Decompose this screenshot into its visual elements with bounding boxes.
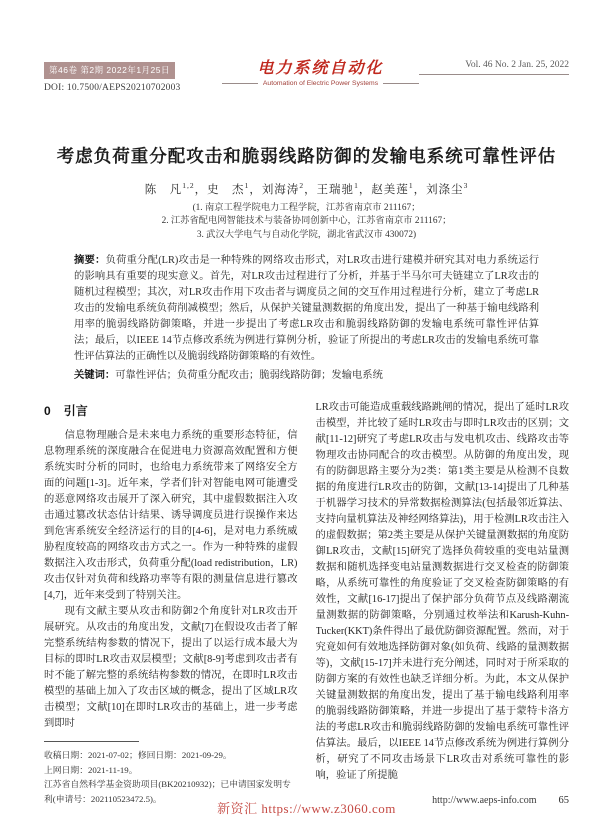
header-left: 第46卷 第2期 2022年1月25日 DOI: 10.7500/AEPS202… (44, 60, 222, 93)
footnote-line: 收稿日期：2021-07-02；修回日期：2021-09-29。 (44, 748, 298, 763)
keywords-text: 可靠性评估；负荷重分配攻击；脆弱线路防御；发输电系统 (115, 370, 383, 381)
section-heading: 0引言 (44, 402, 298, 419)
author: 赵美莲1 (371, 184, 413, 196)
abstract: 摘要：负荷重分配(LR)攻击是一种特殊的网络攻击形式，对LR攻击进行建模并研究其… (74, 253, 539, 365)
paper-page: 第46卷 第2期 2022年1月25日 DOI: 10.7500/AEPS202… (0, 0, 613, 825)
right-column: LR攻击可能造成重载线路跳闸的情况，提出了延时LR攻击模型，并比较了延时LR攻击… (316, 400, 570, 806)
body-columns: 0引言 信息物理融合是未来电力系统的重要形态特征，信息物理系统的深度融合在促进电… (44, 400, 569, 806)
left-column-text: 信息物理融合是未来电力系统的重要形态特征，信息物理系统的深度融合在促进电力资源高… (44, 428, 298, 736)
left-column: 0引言 信息物理融合是未来电力系统的重要形态特征，信息物理系统的深度融合在促进电… (44, 400, 298, 806)
footnote-line: 上网日期：2021-11-19。 (44, 763, 298, 778)
issue-info-band: 第46卷 第2期 2022年1月25日 (44, 62, 175, 79)
header-divider-left (222, 83, 258, 84)
affiliation-line: (1. 南京工程学院电力工程学院，江苏省南京市 211167； (44, 202, 569, 216)
abstract-label: 摘要： (74, 255, 106, 266)
journal-name-en: Automation of Electric Power Systems (258, 80, 383, 87)
body-paragraph: 现有文献主要从攻击和防御2个角度针对LR攻击开展研究。从攻击的角度出发，文献[7… (44, 604, 298, 732)
author: 刘涤尘3 (426, 184, 468, 196)
header-right: Vol. 46 No. 2 Jan. 25, 2022 (419, 60, 569, 75)
author-list: 陈 凡1,2，史 杰1，刘海涛2，王瑞驰1，赵美莲1，刘涤尘3 (44, 181, 569, 197)
header-divider-right (383, 83, 419, 84)
paper-title: 考虑负荷重分配攻击和脆弱线路防御的发输电系统可靠性评估 (44, 143, 569, 168)
author: 刘海涛2 (262, 184, 304, 196)
doi-text: DOI: 10.7500/AEPS20210702003 (44, 83, 222, 93)
section-number: 0 (44, 404, 51, 418)
footnote-divider (44, 741, 139, 742)
affiliation-line: 3. 武汉大学电气与自动化学院，湖北省武汉市 430072) (44, 229, 569, 243)
body-paragraph: LR攻击可能造成重载线路跳闸的情况，提出了延时LR攻击模型，并比较了延时LR攻击… (316, 400, 570, 784)
header-center: 电力系统自动化 Automation of Electric Power Sys… (222, 60, 419, 87)
journal-header: 第46卷 第2期 2022年1月25日 DOI: 10.7500/AEPS202… (44, 60, 569, 93)
abstract-text: 负荷重分配(LR)攻击是一种特殊的网络攻击形式，对LR攻击进行建模并研究其对电力… (74, 255, 539, 362)
keywords: 关键词：可靠性评估；负荷重分配攻击；脆弱线路防御；发输电系统 (74, 368, 539, 384)
body-paragraph: 信息物理融合是未来电力系统的重要形态特征，信息物理系统的深度融合在促进电力资源高… (44, 428, 298, 604)
section-title: 引言 (64, 404, 88, 418)
author: 陈 凡1,2 (145, 184, 195, 196)
volume-info: Vol. 46 No. 2 Jan. 25, 2022 (419, 60, 569, 74)
keywords-label: 关键词： (74, 370, 115, 381)
affiliation-line: 2. 江苏省配电网智能技术与装备协同创新中心，江苏省南京市 211167； (44, 215, 569, 229)
journal-logo: 电力系统自动化 (222, 60, 419, 78)
author: 王瑞驰1 (317, 184, 359, 196)
volume-divider (419, 74, 569, 75)
footnote: 收稿日期：2021-07-02；修回日期：2021-09-29。 上网日期：20… (44, 736, 298, 806)
right-column-text: LR攻击可能造成重载线路跳闸的情况，提出了延时LR攻击模型，并比较了延时LR攻击… (316, 400, 570, 789)
affiliation-list: (1. 南京工程学院电力工程学院，江苏省南京市 211167；2. 江苏省配电网… (44, 202, 569, 243)
author: 史 杰1 (207, 184, 249, 196)
watermark: 新资汇 https://www.z3060.com (0, 798, 613, 817)
